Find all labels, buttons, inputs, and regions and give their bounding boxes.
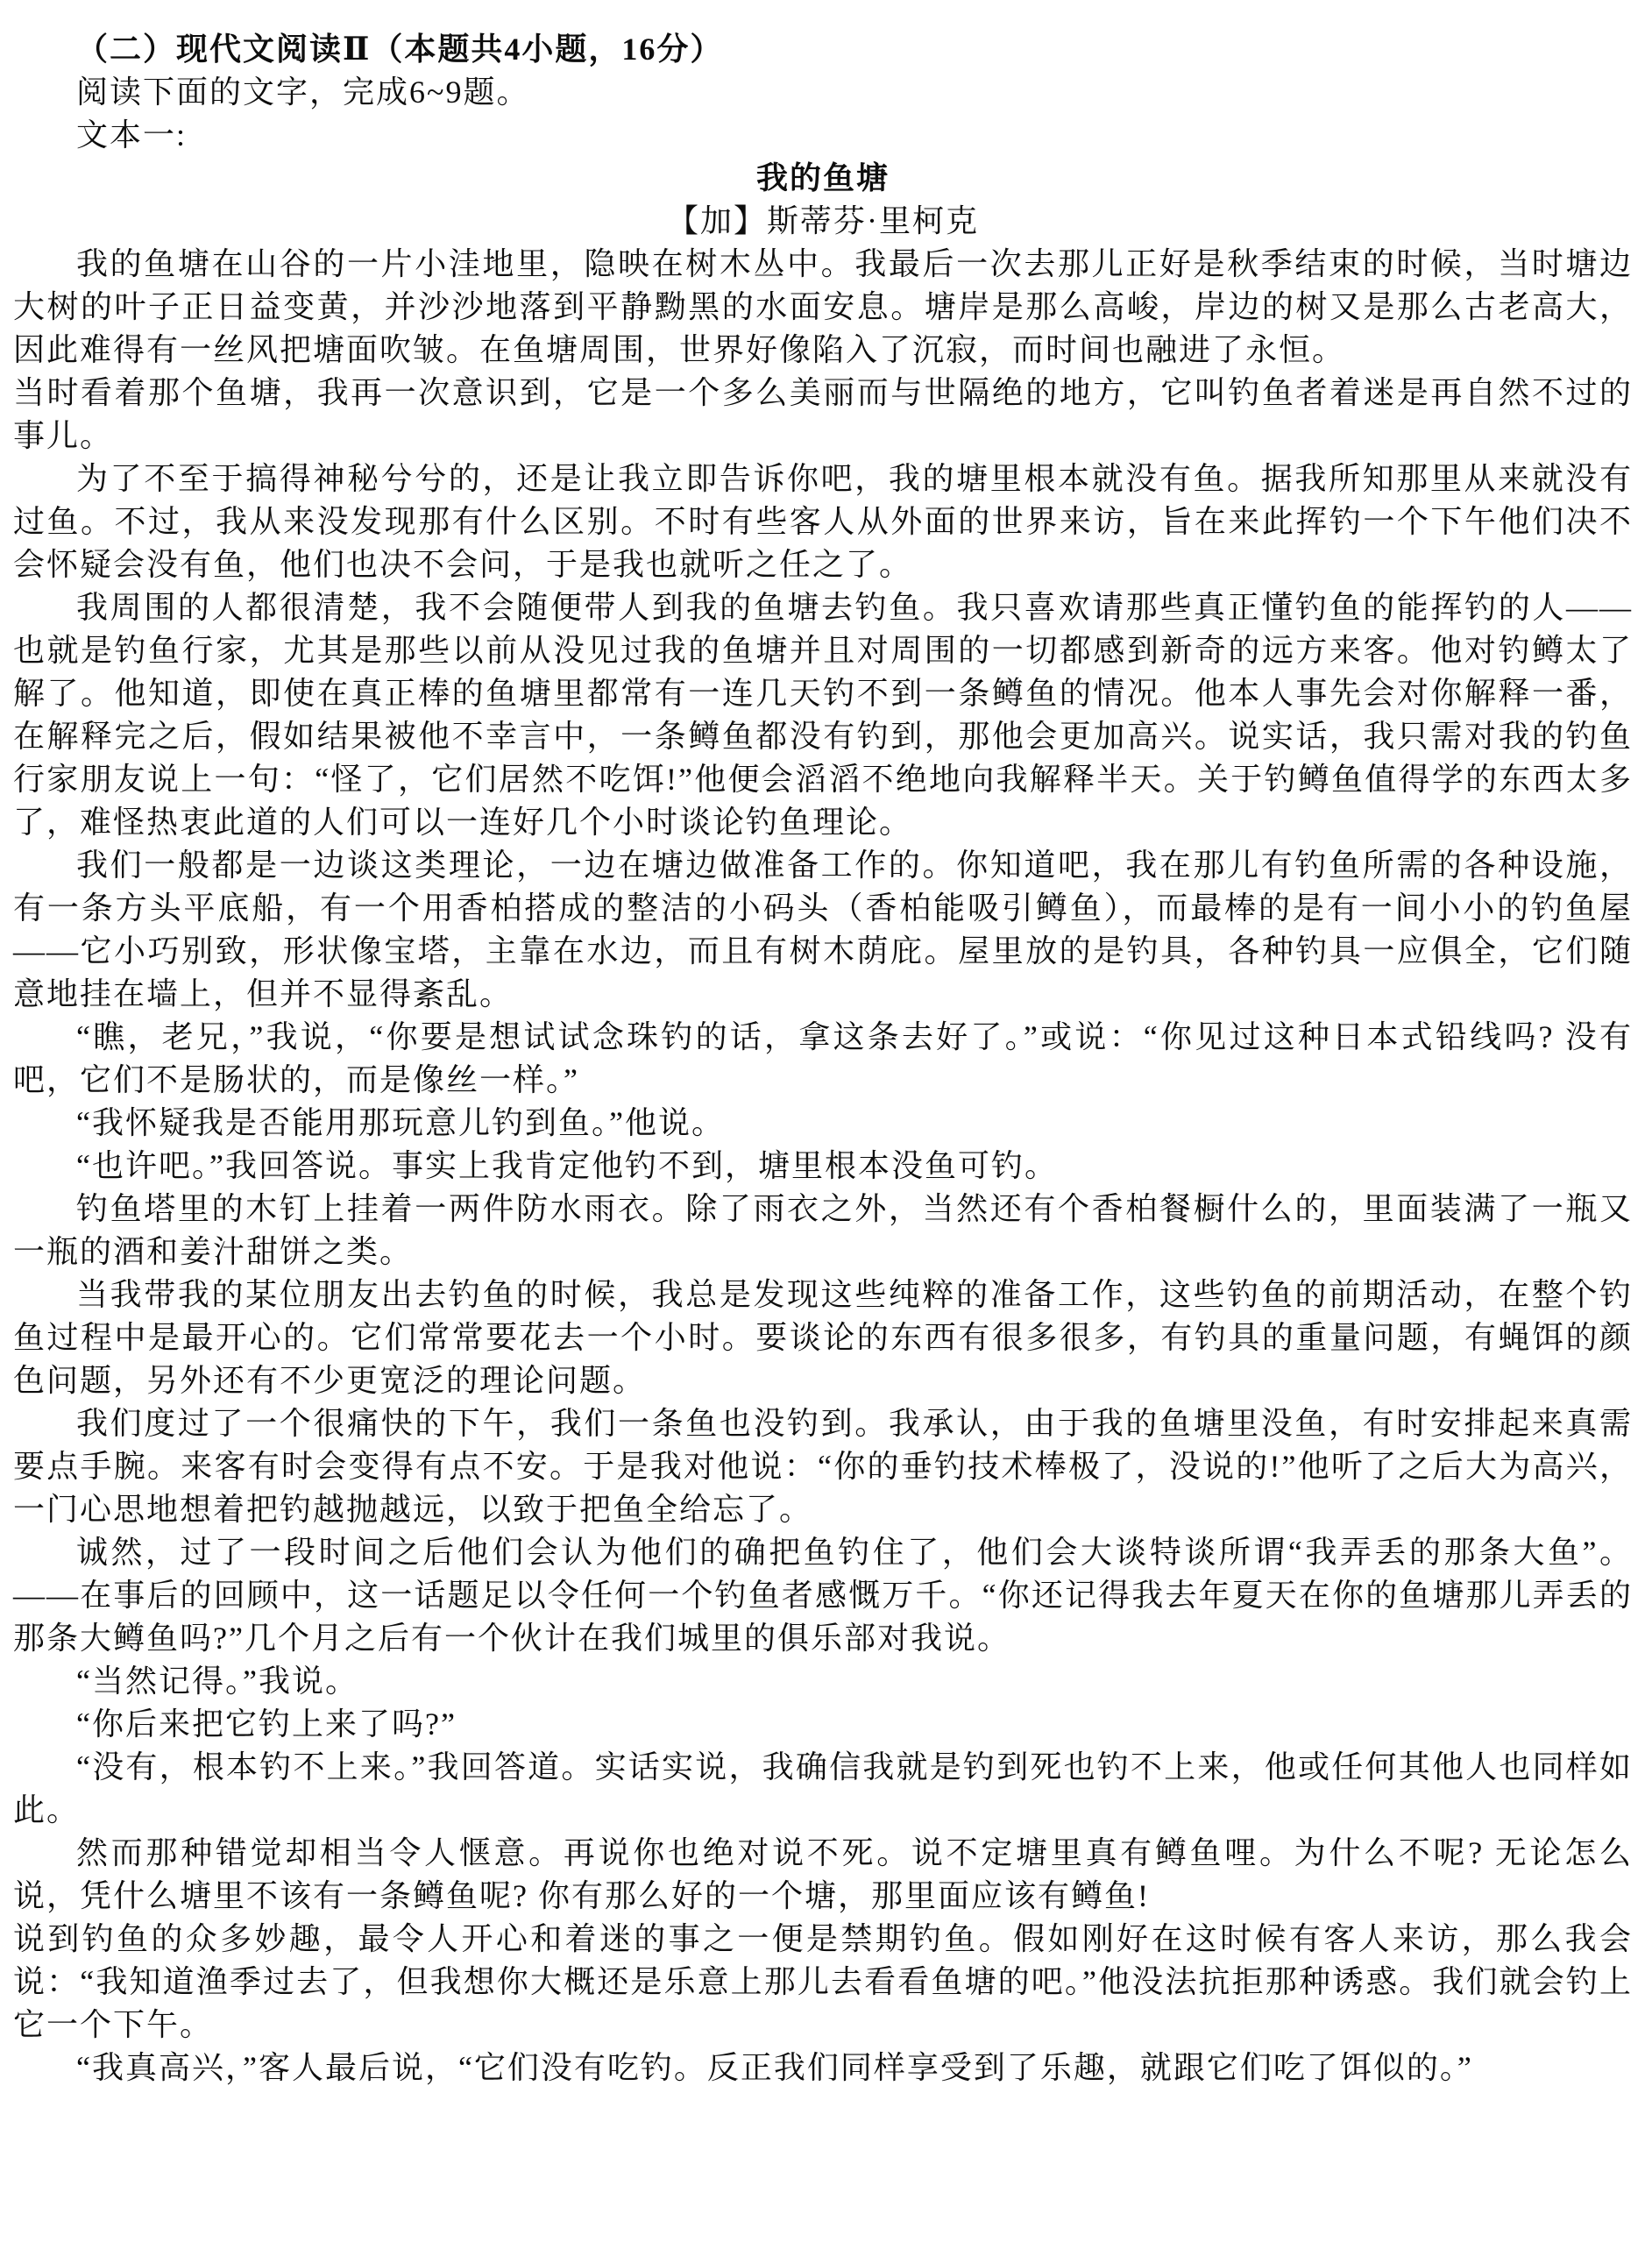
essay-paragraph-14: “你后来把它钓上来了吗?” — [13, 1703, 1633, 1746]
essay-paragraph-3: 为了不至于搞得神秘兮兮的，还是让我立即告诉你吧，我的塘里根本就没有鱼。据我所知那… — [13, 458, 1633, 586]
essay-paragraph-9: 钓鱼塔里的木钉上挂着一两件防水雨衣。除了雨衣之外，当然还有个香柏餐橱什么的，里面… — [13, 1188, 1633, 1274]
essay-paragraph-16: 然而那种错觉却相当令人惬意。再说你也绝对说不死。说不定塘里真有鳟鱼哩。为什么不呢… — [13, 1832, 1633, 1918]
essay-paragraph-18: “我真高兴，”客人最后说，“它们没有吃钓。反正我们同样享受到了乐趣，就跟它们吃了… — [13, 2047, 1633, 2089]
reading-instruction: 阅读下面的文字，完成6~9题。 — [13, 71, 1633, 114]
section-header: （二）现代文阅读Ⅱ（本题共4小题，16分） — [13, 28, 1633, 71]
essay-paragraph-5: 我们一般都是一边谈这类理论，一边在塘边做准备工作的。你知道吧，我在那儿有钓鱼所需… — [13, 844, 1633, 1016]
essay-paragraph-13: “当然记得。”我说。 — [13, 1660, 1633, 1703]
essay-paragraph-10: 当我带我的某位朋友出去钓鱼的时候，我总是发现这些纯粹的准备工作，这些钓鱼的前期活… — [13, 1274, 1633, 1402]
essay-paragraph-7: “我怀疑我是否能用那玩意儿钓到鱼。”他说。 — [13, 1102, 1633, 1145]
essay-paragraph-1: 我的鱼塘在山谷的一片小洼地里，隐映在树木丛中。我最后一次去那儿正好是秋季结束的时… — [13, 243, 1633, 372]
text-one-label: 文本一: — [13, 114, 1633, 157]
essay-paragraph-8: “也许吧。”我回答说。事实上我肯定他钓不到，塘里根本没鱼可钓。 — [13, 1145, 1633, 1188]
essay-paragraph-17: 说到钓鱼的众多妙趣，最令人开心和着迷的事之一便是禁期钓鱼。假如刚好在这时候有客人… — [13, 1918, 1633, 2047]
exam-page: （二）现代文阅读Ⅱ（本题共4小题，16分） 阅读下面的文字，完成6~9题。 文本… — [0, 0, 1652, 2242]
essay-paragraph-4: 我周围的人都很清楚，我不会随便带人到我的鱼塘去钓鱼。我只喜欢请那些真正懂钓鱼的能… — [13, 586, 1633, 844]
essay-paragraph-15: “没有，根本钓不上来。”我回答道。实话实说，我确信我就是钓到死也钓不上来，他或任… — [13, 1746, 1633, 1832]
essay-title: 我的鱼塘 — [13, 157, 1633, 200]
essay-paragraph-11: 我们度过了一个很痛快的下午，我们一条鱼也没钓到。我承认，由于我的鱼塘里没鱼，有时… — [13, 1402, 1633, 1531]
essay-author: 【加】斯蒂芬·里柯克 — [13, 200, 1633, 243]
essay-paragraph-2: 当时看着那个鱼塘，我再一次意识到，它是一个多么美丽而与世隔绝的地方，它叫钓鱼者着… — [13, 372, 1633, 458]
essay-paragraph-6: “瞧，老兄，”我说，“你要是想试试念珠钓的话，拿这条去好了。”或说：“你见过这种… — [13, 1016, 1633, 1102]
essay-paragraph-12: 诚然，过了一段时间之后他们会认为他们的确把鱼钓住了，他们会大谈特谈所谓“我弄丢的… — [13, 1531, 1633, 1660]
